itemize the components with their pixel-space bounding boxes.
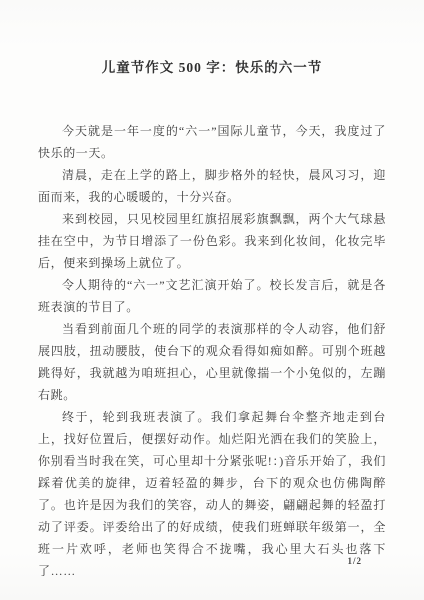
- essay-paragraph: 今天就是一年一度的“六一”国际儿童节，今天，我度过了快乐的一天。: [38, 120, 386, 164]
- essay-paragraph: 当看到前面几个班的同学的表演那样的令人动容，他们舒展四肢，扭动腰肢，使台下的观众…: [38, 318, 386, 406]
- essay-paragraph: 令人期待的“六一”文艺汇演开始了。校长发言后，就是各班表演的节目了。: [38, 274, 386, 318]
- essay-paragraph: 清晨，走在上学的路上，脚步格外的轻快，晨风习习，迎面而来，我的心暖暖的，十分兴奋…: [38, 164, 386, 208]
- essay-paragraph: 来到校园，只见校园里红旗招展彩旗飘飘，两个大气球悬挂在空中，为节日增添了一份色彩…: [38, 208, 386, 274]
- essay-body: 今天就是一年一度的“六一”国际儿童节，今天，我度过了快乐的一天。 清晨，走在上学…: [0, 120, 424, 582]
- essay-paragraph: 终于，轮到我班表演了。我们拿起舞台伞整齐地走到台上，找好位置后，便摆好动作。灿烂…: [38, 406, 386, 582]
- essay-title: 儿童节作文 500 字：快乐的六一节: [0, 56, 424, 76]
- document-page: 儿童节作文 500 字：快乐的六一节 今天就是一年一度的“六一”国际儿童节，今天…: [0, 0, 424, 600]
- page-number: 1/2: [347, 556, 362, 566]
